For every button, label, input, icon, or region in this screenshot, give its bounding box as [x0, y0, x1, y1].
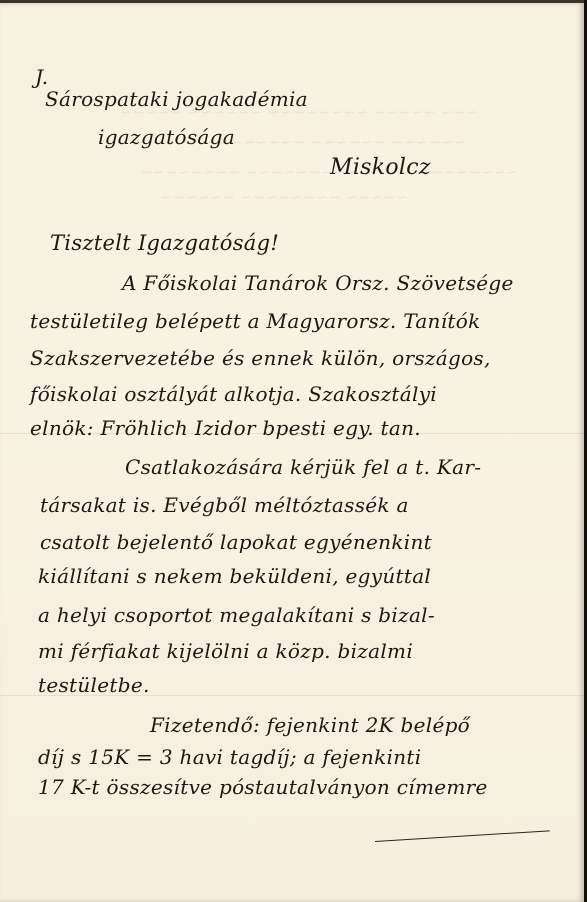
bleed-through-text: ~~~~~ ~~~~~~~~ ~~~~~~ [160, 188, 408, 206]
scan-edge-top [0, 0, 587, 3]
body-line: A Főiskolai Tanárok Orsz. Szövetsége [122, 271, 514, 295]
body-line: társakat is. Evégből méltóztassék a [40, 493, 409, 517]
body-line: Csatlakozására kérjük fel a t. Kar- [125, 455, 481, 479]
body-line: Szakszervezetébe és ennek külön, országo… [30, 346, 491, 370]
body-line: kiállítani s nekem beküldeni, egyúttal [38, 564, 431, 588]
place-name: Miskolcz [330, 155, 431, 180]
body-line: főiskolai osztályát alkotja. Szakosztály… [30, 382, 437, 406]
body-line: díj s 15K = 3 havi tagdíj; a fejenkinti [38, 745, 421, 769]
body-line: testületbe. [38, 673, 150, 697]
body-line: a helyi csoportot megalakítani s bizal- [38, 603, 435, 627]
body-line: mi férfiakat kijelölni a közp. bizalmi [38, 639, 413, 663]
salutation: Tisztelt Igazgatóság! [50, 231, 279, 255]
body-line: csatolt bejelentő lapokat egyénenkint [40, 530, 432, 554]
body-line: testületileg belépett a Magyarorsz. Taní… [30, 309, 481, 333]
recipient-line-1: Sárospataki jogakadémia [45, 87, 308, 111]
body-line: elnök: Fröhlich Izidor bpesti egy. tan. [30, 416, 421, 440]
signature-line [375, 830, 550, 842]
recipient-line-2: igazgatósága [98, 125, 235, 149]
body-line: 17 K-t összesítve póstautalványon címemr… [38, 775, 488, 799]
body-line: Fizetendő: fejenkint 2K belépő [150, 713, 470, 737]
letter-page: ~~~ ~~~~~ ~~~~~~~~ ~~~~~~ ~~~~~ ~~~~~~ ~… [0, 3, 584, 902]
filing-mark: J. [35, 65, 48, 89]
